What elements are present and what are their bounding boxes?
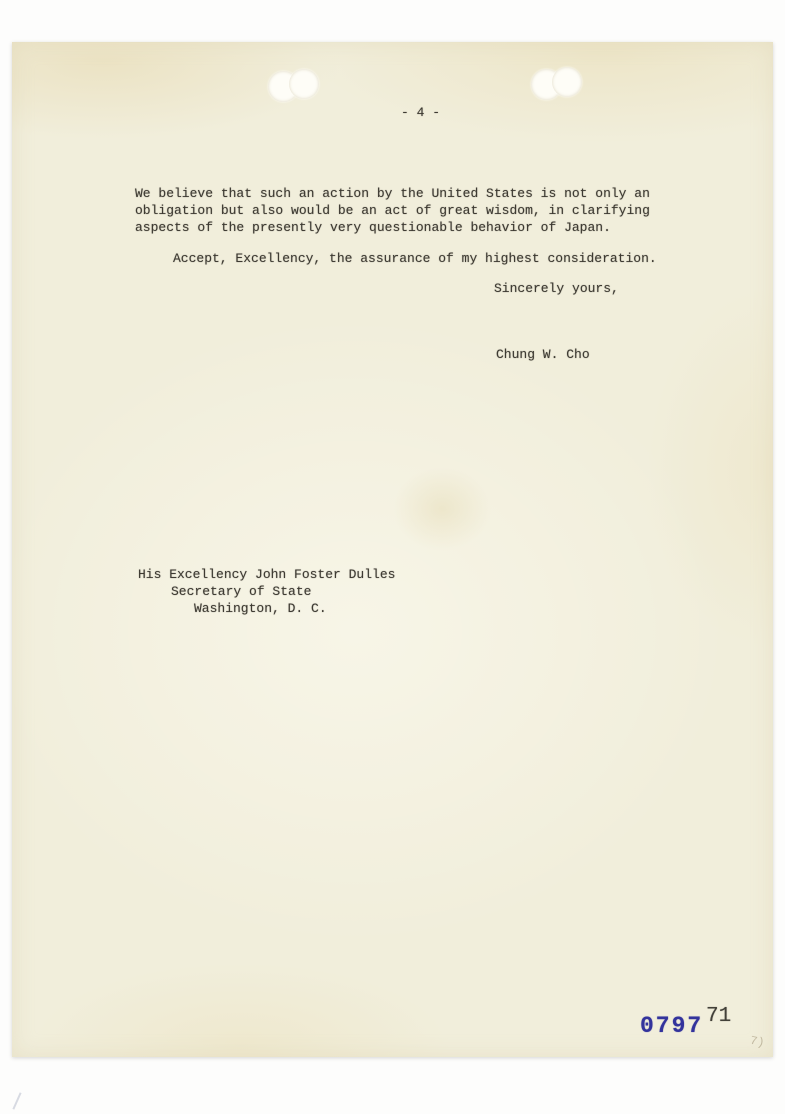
paragraph-line: aspects of the presently very questionab… — [135, 219, 611, 236]
scanned-letter-page: - 4 - We believe that such an action by … — [0, 0, 785, 1114]
signoff: Sincerely yours, — [494, 280, 619, 297]
paragraph-line: obligation but also would be an act of g… — [135, 202, 650, 219]
signature-name: Chung W. Cho — [496, 346, 590, 363]
recipient-line-3: Washington, D. C. — [194, 600, 327, 617]
scan-artifact-scratch — [12, 1092, 21, 1109]
typed-page-index: 71 — [706, 1005, 731, 1028]
closing-sentence: Accept, Excellency, the assurance of my … — [173, 250, 657, 267]
page-number: - 4 - — [401, 104, 440, 121]
faint-pencil-mark: 7) — [749, 1034, 766, 1051]
punch-hole-icon — [552, 67, 582, 97]
punch-hole-icon — [289, 69, 319, 99]
archive-number-stamp: 0797 — [640, 1013, 703, 1039]
hole-punch-left — [268, 69, 320, 103]
letter-paper: - 4 - We believe that such an action by … — [12, 42, 773, 1057]
recipient-line-2: Secretary of State — [171, 583, 311, 600]
hole-punch-right — [531, 67, 583, 101]
paragraph-line: We believe that such an action by the Un… — [135, 185, 650, 202]
recipient-line-1: His Excellency John Foster Dulles — [138, 566, 395, 583]
